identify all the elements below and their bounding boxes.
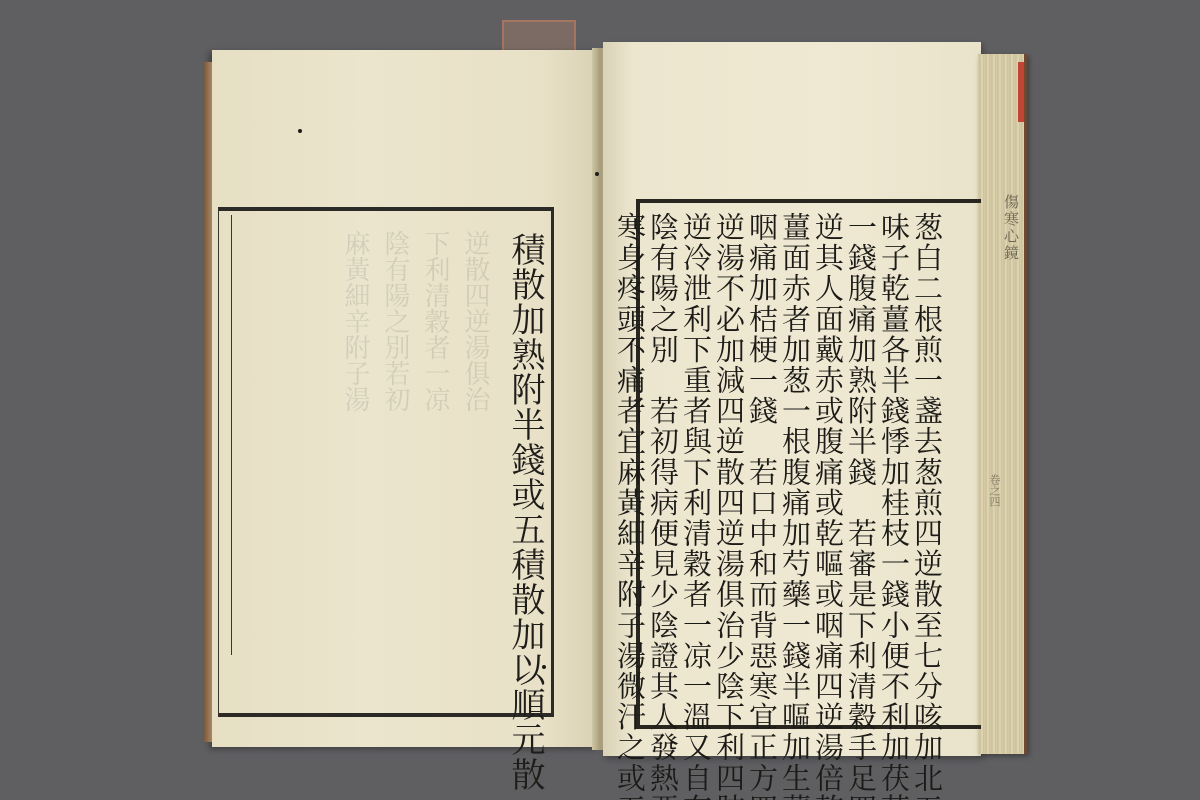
bleed-column: 逆散四逆湯俱治 bbox=[460, 230, 490, 680]
text-column-8: 逆冷泄利下重者與下利清穀者一凉一溫又自有 bbox=[679, 212, 712, 712]
text-column-2: 味子乾薑各半錢悸加桂枝一錢小便不利加茯苓 bbox=[877, 212, 910, 712]
binding-dot bbox=[542, 665, 546, 669]
binding-dot bbox=[298, 129, 302, 133]
page-block-edge: 傷寒心鏡 卷之四 bbox=[978, 54, 1027, 754]
text-column-5: 薑面赤者加葱一根腹痛加芍藥一錢半嘔加生薑 bbox=[778, 212, 811, 712]
edge-volume-label: 卷之四 bbox=[986, 474, 1002, 507]
binding-dot bbox=[595, 172, 599, 176]
text-column-3: 一錢腹痛加熟附半錢 若審是下利清穀手足四 bbox=[844, 212, 877, 712]
right-text-block: 葱白二根煎一盞去葱煎四逆散至七分咳加北五 味子乾薑各半錢悸加桂枝一錢小便不利加茯… bbox=[643, 212, 943, 712]
left-text-column: 積散加熟附半錢或五積散加以順元散 bbox=[505, 232, 545, 792]
text-column-1: 葱白二根煎一盞去葱煎四逆散至七分咳加北五 bbox=[910, 212, 943, 712]
text-column-7: 逆湯不必加減四逆散四逆湯俱治少陰下利四肢 bbox=[712, 212, 745, 712]
edge-book-title: 傷寒心鏡 bbox=[984, 194, 1020, 262]
text-column-10: 寒身疼頭不痛者宜麻黃細辛附子湯微汗之或五 bbox=[613, 212, 646, 712]
bleed-column: 下利清穀者一凉 bbox=[420, 230, 450, 680]
book-photo: 傷寒心鏡 卷之四 逆散四逆湯俱治 下利清穀者一凉 陰有陽之別若初 麻黃細辛附子湯… bbox=[0, 0, 1200, 800]
bleed-column: 麻黃細辛附子湯 bbox=[340, 230, 370, 680]
text-column-6: 咽痛加桔梗一錢 若口中和而背惡寒宜正方四 bbox=[745, 212, 778, 712]
left-margin-column bbox=[221, 215, 232, 655]
text-column-4: 逆其人面戴赤或腹痛或乾嘔或咽痛四逆湯倍乾 bbox=[811, 212, 844, 712]
text-column-9: 陰有陽之別 若初得病便見少陰證其人發熱惡 bbox=[646, 212, 679, 712]
left-bleed-through-text: 逆散四逆湯俱治 下利清穀者一凉 陰有陽之別若初 麻黃細辛附子湯 bbox=[270, 230, 490, 680]
red-edge-mark bbox=[1018, 62, 1024, 122]
bleed-column: 陰有陽之別若初 bbox=[380, 230, 410, 680]
